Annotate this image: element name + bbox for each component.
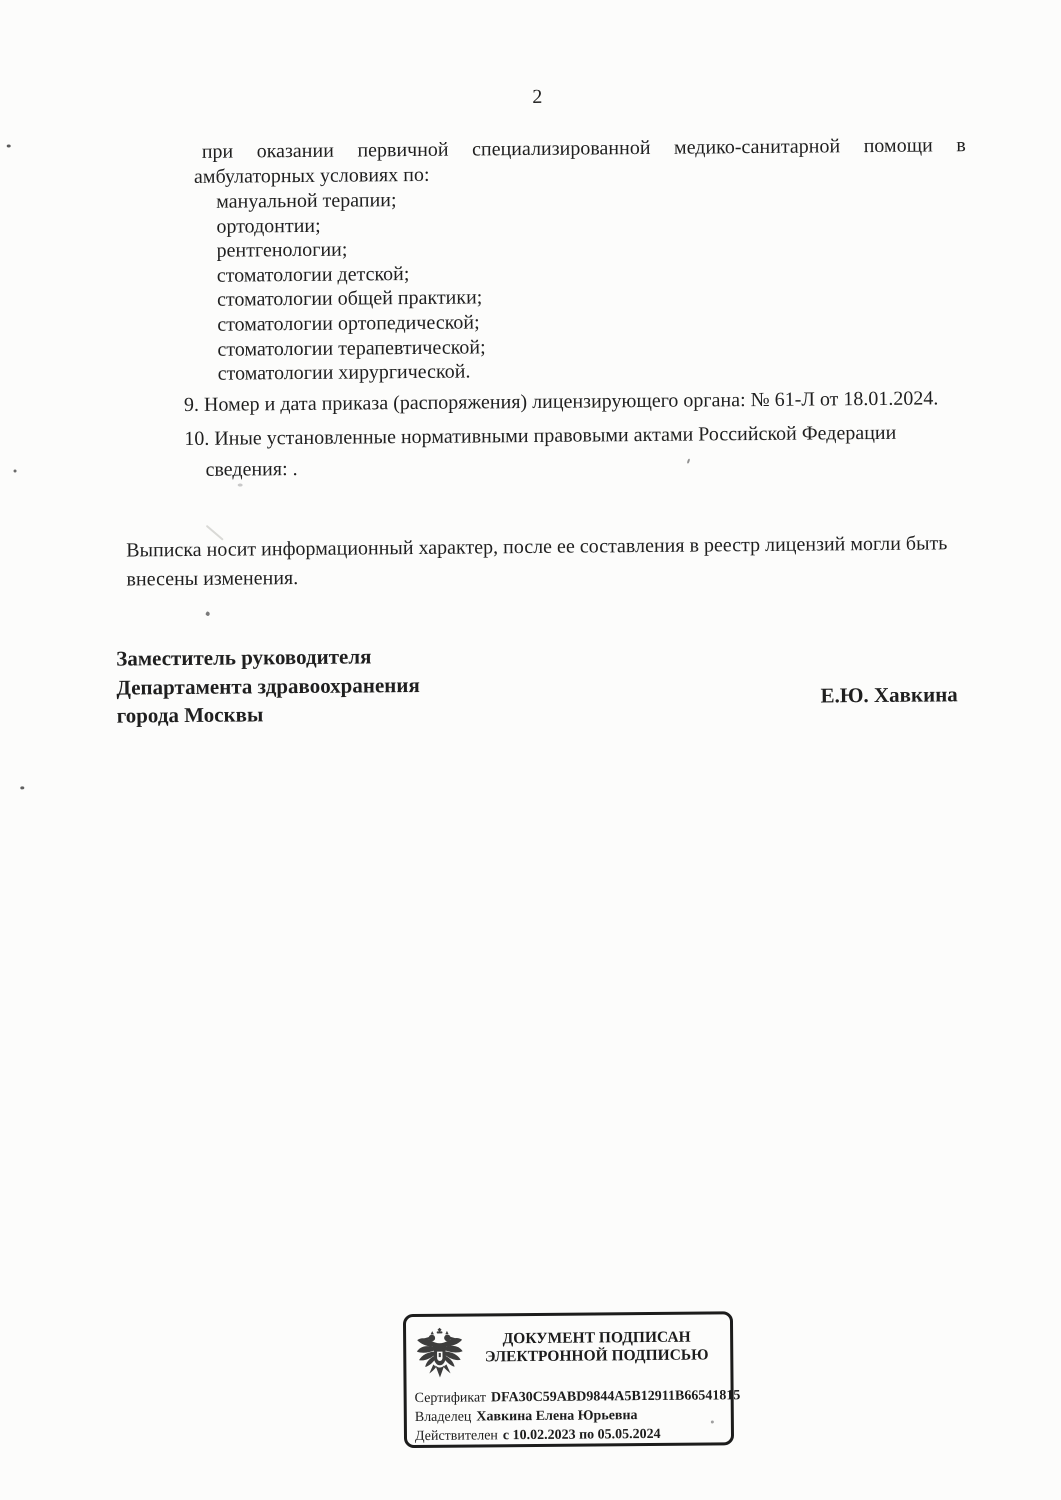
owner-value: Хавкина Елена Юрьевна [476, 1408, 637, 1424]
intro-word: специализированной [472, 136, 651, 163]
signatory-position-line: Департамента здравоохранения [116, 671, 420, 702]
informational-note: Выписка носит информационный характер, п… [126, 529, 971, 594]
specialty-item: стоматологии общей практики; [217, 286, 485, 313]
certificate-value: DFA30C59ABD9844A5B12911B66541815 [491, 1388, 741, 1405]
signatory-position-line: Заместитель руководителя [116, 642, 420, 673]
validity-label: Действителен [415, 1428, 498, 1444]
scan-speckle [205, 611, 211, 617]
specialty-item: стоматологии хирургической. [218, 360, 486, 387]
intro-paragraph: при оказании первичной специализированно… [194, 133, 966, 190]
scan-speckle [238, 484, 243, 487]
owner-label: Владелец [415, 1409, 472, 1424]
item-9-text: 9. Номер и дата приказа (распоряжения) л… [184, 387, 939, 417]
specialty-item: стоматологии детской; [217, 261, 485, 288]
stamp-details: СертификатDFA30C59ABD9844A5B12911B665418… [415, 1387, 741, 1446]
specialty-item: рентгенологии; [217, 237, 485, 264]
intro-word: помощи [864, 133, 933, 159]
intro-line-2: амбулаторных условиях по: [194, 158, 966, 190]
scan-speckle [7, 145, 11, 148]
scan-speckle [14, 469, 17, 472]
scan-speckle [20, 786, 24, 789]
item-10-text: 10. Иные установленные нормативными прав… [184, 422, 896, 451]
item-10-continuation: сведения: . [205, 458, 297, 482]
intro-word: в [956, 133, 966, 158]
signatory-position-line: города Москвы [117, 699, 421, 730]
signatory-name: Е.Ю. Хавкина [820, 682, 957, 708]
certificate-label: Сертификат [415, 1390, 486, 1406]
scan-speckle [687, 458, 691, 463]
scanned-content: 2 при оказании первичной специализирован… [0, 0, 1061, 1500]
stamp-title: ДОКУМЕНТ ПОДПИСАН ЭЛЕКТРОННОЙ ПОДПИСЬЮ [468, 1328, 725, 1365]
page-number: 2 [532, 86, 542, 109]
specialty-item: стоматологии ортопедической; [217, 310, 485, 337]
intro-word: оказании [257, 139, 334, 165]
stamp-title-line-1: ДОКУМЕНТ ПОДПИСАН [468, 1328, 725, 1348]
intro-word: медико-санитарной [674, 134, 840, 160]
validity-row: Действителенс 10.02.2023 по 05.05.2024 [415, 1425, 741, 1447]
certificate-row: СертификатDFA30C59ABD9844A5B12911B665418… [415, 1387, 741, 1409]
document-page: 2 при оказании первичной специализирован… [0, 0, 1061, 1500]
electronic-signature-stamp: ДОКУМЕНТ ПОДПИСАН ЭЛЕКТРОННОЙ ПОДПИСЬЮ С… [403, 1311, 734, 1448]
note-line-2: внесены изменения. [126, 558, 971, 594]
validity-value: с 10.02.2023 по 05.05.2024 [503, 1426, 661, 1442]
double-headed-eagle-icon [415, 1325, 465, 1388]
scan-speckle [711, 1420, 714, 1423]
specialty-item: ортодонтии; [216, 212, 484, 239]
specialty-item: мануальной терапии; [216, 187, 484, 214]
specialties-list: мануальной терапии; ортодонтии; рентгено… [216, 187, 486, 386]
specialty-item: стоматологии терапевтической; [217, 335, 485, 362]
signatory-position: Заместитель руководителя Департамента зд… [116, 642, 420, 731]
intro-word: при [202, 140, 234, 165]
stamp-title-line-2: ЭЛЕКТРОННОЙ ПОДПИСЬЮ [468, 1346, 725, 1366]
intro-word: первичной [357, 138, 448, 164]
